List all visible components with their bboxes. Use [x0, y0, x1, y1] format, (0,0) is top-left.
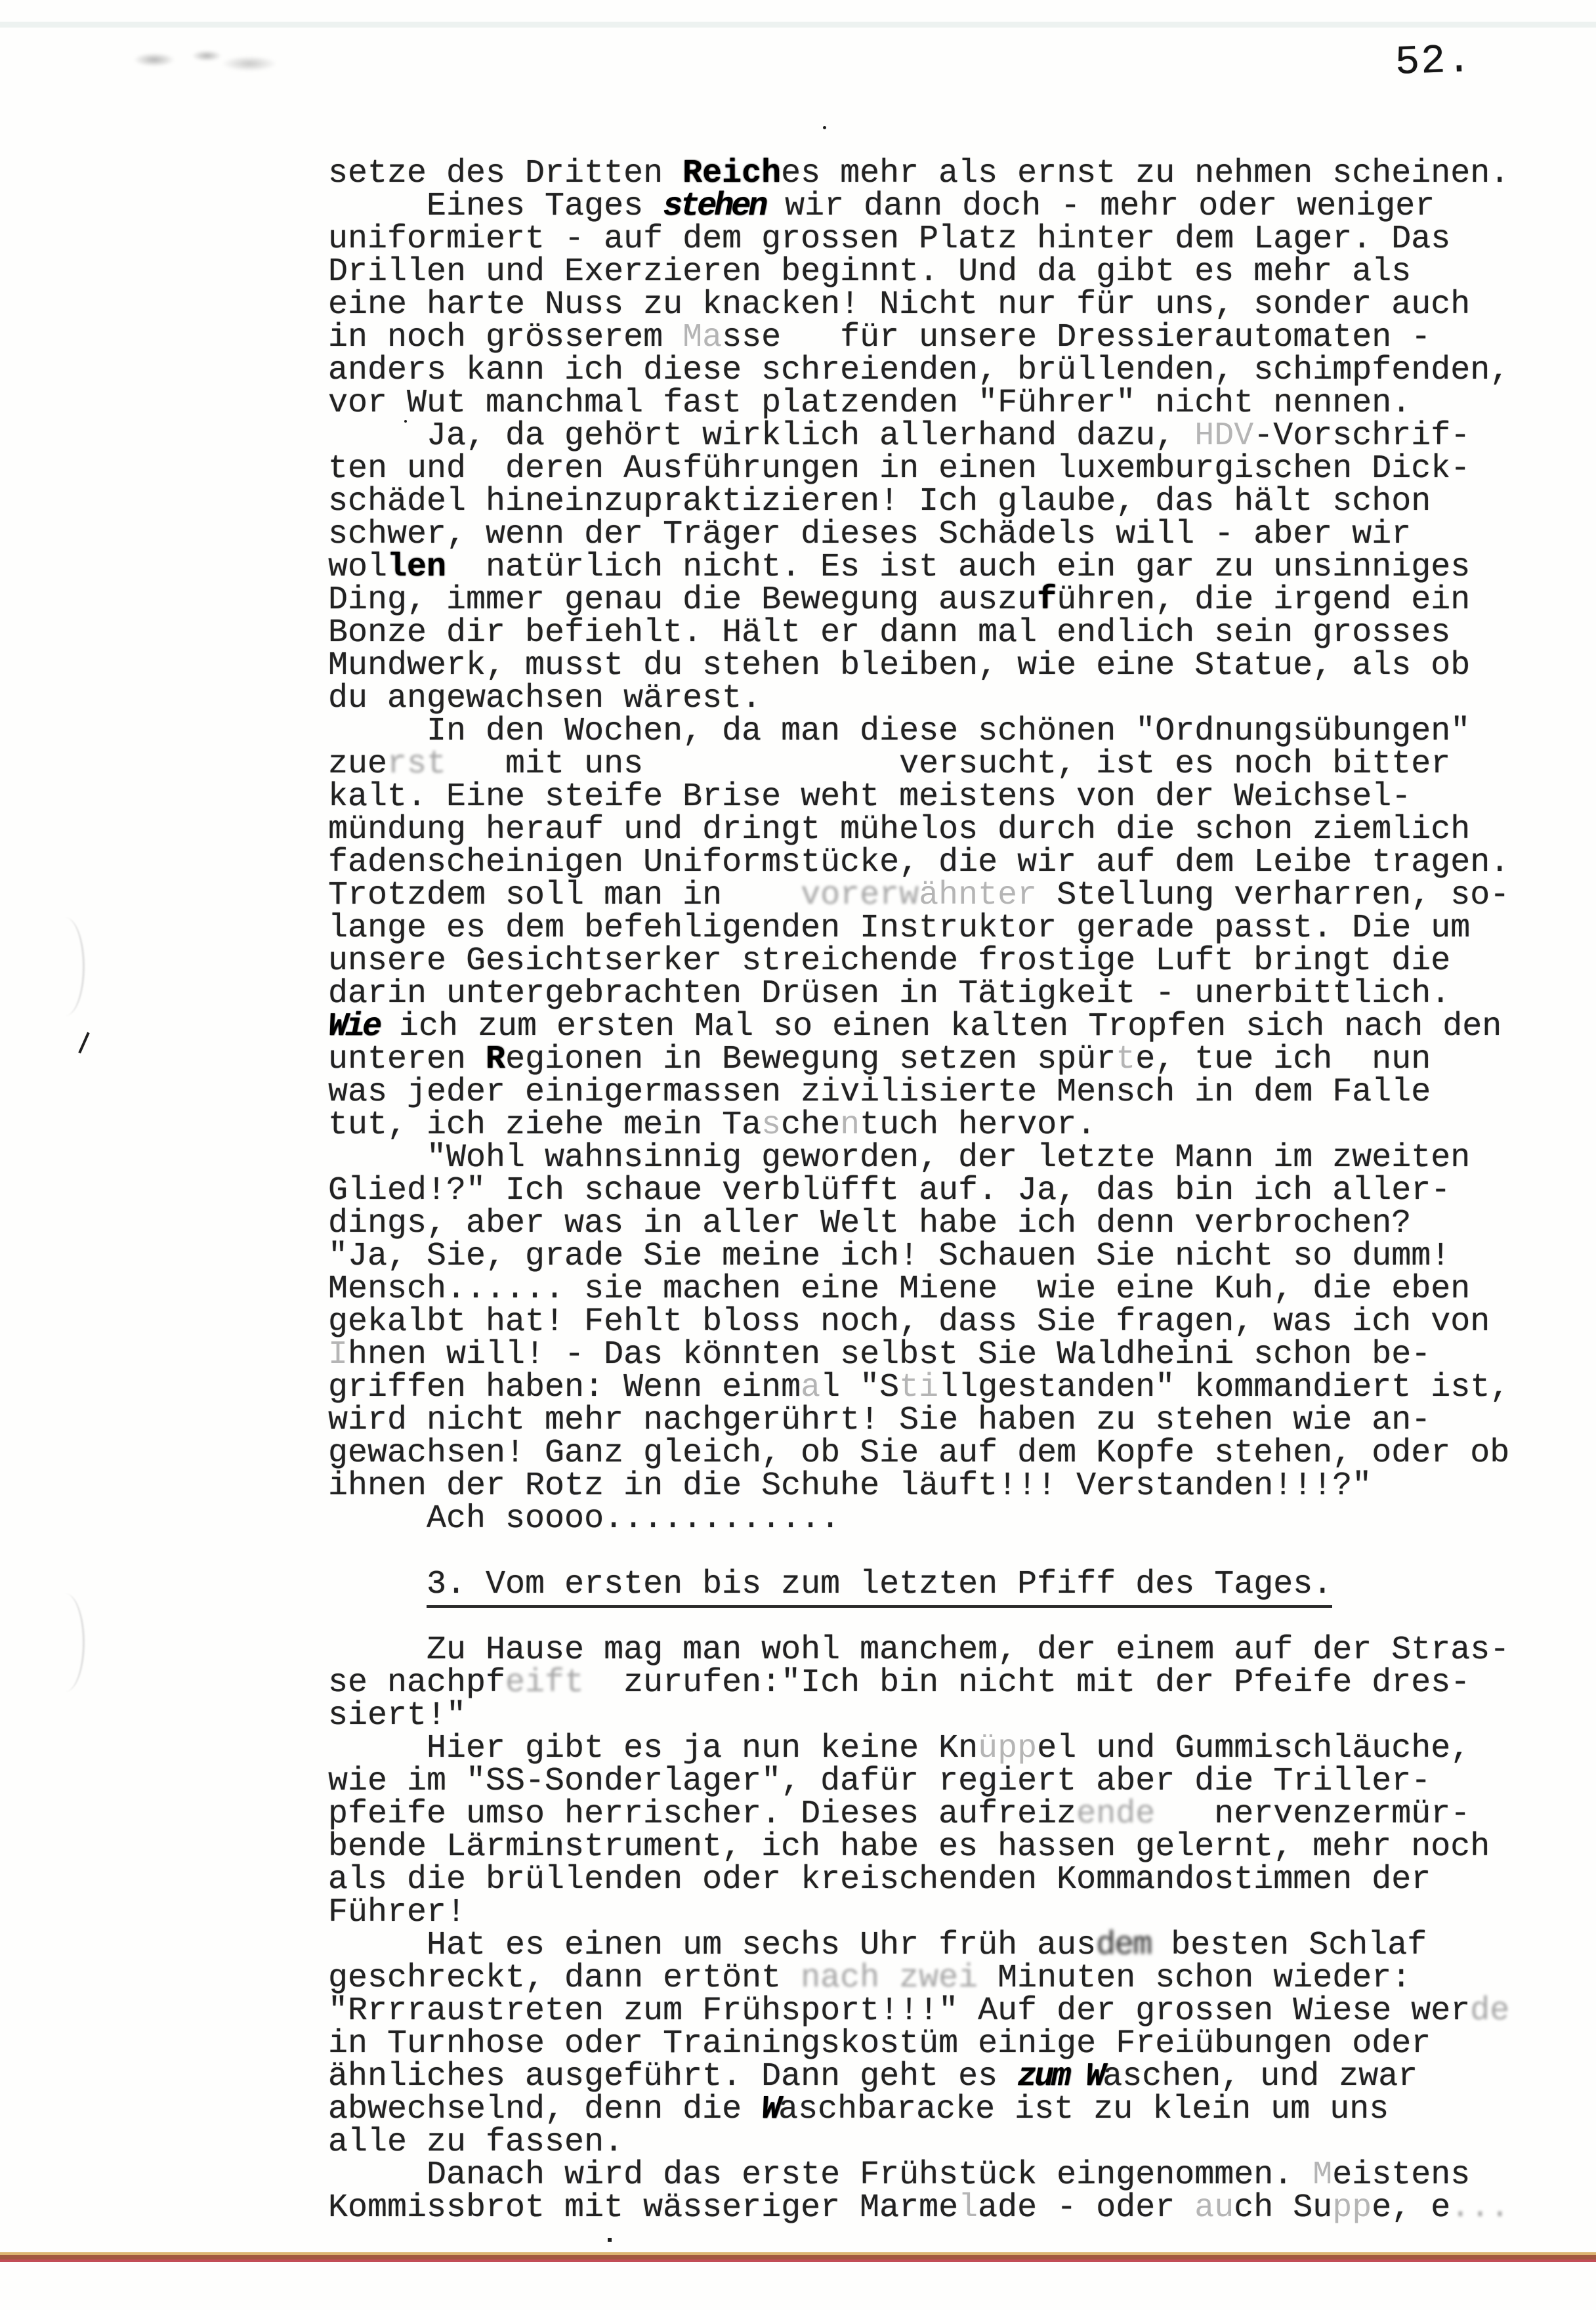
text-segment: W — [761, 2091, 778, 2128]
text-segment: M — [1312, 2156, 1332, 2194]
text-segment: eistens — [1332, 2156, 1470, 2194]
text-line: darin untergebrachten Drüsen in Tätigkei… — [328, 978, 1509, 1011]
text-line: schwer, wenn der Träger dieses Schädels … — [328, 518, 1509, 551]
text-line: Mundwerk, musst du stehen bleiben, wie e… — [328, 650, 1509, 682]
text-segment: nervenzermür- — [1155, 1795, 1470, 1833]
text-segment: stehen — [663, 188, 765, 225]
text-segment: ... — [1450, 2192, 1509, 2225]
text-segment: Hier gibt es ja nun keine Kn — [328, 1730, 978, 1767]
text-line: ten und deren Ausführungen in einen luxe… — [328, 453, 1509, 486]
text-line: alle zu fassen. — [328, 2126, 1509, 2159]
text-segment: R — [486, 1041, 505, 1078]
text-segment: ende — [1076, 1798, 1155, 1831]
text-segment: Mundwerk, musst du stehen bleiben, wie e… — [328, 647, 1470, 684]
text-line: unteren Regionen in Bewegung setzen spür… — [328, 1043, 1509, 1076]
text-segment: Mensch...... sie machen eine Miene wie e… — [328, 1270, 1470, 1308]
text-line: Ihnen will! - Das könnten selbst Sie Wal… — [328, 1339, 1509, 1372]
text-line: schädel hineinzupraktizieren! Ich glaube… — [328, 486, 1509, 518]
ink-speck — [823, 126, 826, 129]
text-line: eine harte Nuss zu knacken! Nicht nur fü… — [328, 289, 1509, 322]
text-line: "Rrrraustreten zum Frühsport!!!" Auf der… — [328, 1995, 1509, 2028]
text-segment: natürlich nicht. Es ist auch ein gar zu … — [446, 549, 1470, 586]
text-segment: ähnliches ausgeführt. Dann geht es — [328, 2058, 1017, 2095]
text-line: vor Wut manchmal fast platzenden "Führer… — [328, 387, 1509, 420]
text-segment: wie im "SS-Sonderlager", dafür regiert a… — [328, 1763, 1431, 1800]
text-segment: ähnter — [919, 877, 1037, 914]
text-line: abwechselnd, denn die Waschbaracke ist z… — [328, 2093, 1509, 2126]
text-segment: Ma — [682, 319, 722, 356]
text-segment: alle zu fassen. — [328, 2124, 623, 2161]
text-line: Wie ich zum ersten Mal so einen kalten T… — [328, 1011, 1509, 1043]
text-segment: Ja, da gehört wirklich allerhand dazu, — [328, 417, 1194, 455]
text-segment: was jeder einigermassen zivilisierte Men… — [328, 1074, 1431, 1111]
text-segment: pp — [1332, 2189, 1372, 2227]
text-line: Glied!?" Ich schaue verblüfft auf. Ja, d… — [328, 1175, 1509, 1207]
text-line: "Ja, Sie, grade Sie meine ich! Schauen S… — [328, 1240, 1509, 1273]
text-segment: vor Wut manchmal fast platzenden "Führer… — [328, 385, 1411, 422]
text-segment: au — [1194, 2189, 1234, 2227]
text-segment: sse für unsere Dressierautomaten - — [722, 319, 1431, 356]
text-line: Ding, immer genau die Bewegung auszuführ… — [328, 584, 1509, 617]
text-line: mündung herauf und dringt mühelos durch … — [328, 814, 1509, 847]
text-segment: I — [328, 1336, 348, 1374]
text-segment: a — [801, 1369, 820, 1406]
text-line: Danach wird das erste Frühstück eingenom… — [328, 2159, 1509, 2192]
text-segment: zum W — [1017, 2058, 1102, 2095]
text-line: gewachsen! Ganz gleich, ob Sie auf dem K… — [328, 1437, 1509, 1470]
text-line: Eines Tages stehen wir dann doch - mehr … — [328, 190, 1509, 223]
text-segment: bende Lärminstrument, ich habe es hassen… — [328, 1828, 1490, 1866]
text-segment: mündung herauf und dringt mühelos durch … — [328, 811, 1470, 849]
text-segment: Reich — [682, 155, 781, 192]
text-segment: ten und deren Ausführungen in einen luxe… — [328, 450, 1470, 488]
text-line: geschreckt, dann ertönt nach zwei Minute… — [328, 1962, 1509, 1995]
text-line: Bonze dir befiehlt. Hält er dann mal end… — [328, 617, 1509, 650]
text-segment: zurufen:"Ich bin nicht mit der Pfeife dr… — [584, 1664, 1470, 1702]
text-segment: el und Gummischläuche, — [1037, 1730, 1470, 1767]
scan-artifact-band — [0, 22, 1596, 28]
text-segment: tuch hervor. — [860, 1106, 1096, 1144]
text-segment: anders kann ich diese schreienden, brüll… — [328, 352, 1509, 389]
text-segment: hnen will! - Das könnten selbst Sie Wald… — [348, 1336, 1431, 1374]
text-segment: llgestanden" kommandiert ist, — [938, 1369, 1509, 1406]
text-segment: len — [387, 549, 446, 586]
text-segment: üpp — [978, 1730, 1037, 1767]
text-segment: e, tue ich nun — [1135, 1041, 1431, 1078]
text-segment: du angewachsen wärest. — [328, 680, 761, 717]
text-segment: lange es dem befehligenden Instruktor ge… — [328, 910, 1470, 947]
text-segment: In den Wochen, da man diese schönen "Ord… — [328, 713, 1470, 750]
section-heading: 3. Vom ersten bis zum letzten Pfiff des … — [427, 1566, 1332, 1608]
text-segment: che — [781, 1106, 840, 1144]
text-segment: Glied!?" Ich schaue verblüfft auf. Ja, d… — [328, 1172, 1450, 1209]
text-segment: dings, aber was in aller Welt habe ich d… — [328, 1205, 1411, 1242]
text-segment: griffen haben: Wenn einm — [328, 1369, 801, 1406]
ink-speck — [404, 420, 407, 423]
text-segment: Minuten schon wieder: — [978, 1960, 1411, 1997]
text-line: "Wohl wahnsinnig geworden, der letzte Ma… — [328, 1142, 1509, 1175]
text-segment: se nachpf — [328, 1664, 505, 1702]
text-segment: t — [1116, 1041, 1135, 1078]
text-segment: ich zum ersten Mal so einen kalten Tropf… — [379, 1008, 1501, 1045]
text-segment: ihnen der Rotz in die Schuhe läuft!!! Ve… — [328, 1467, 1372, 1505]
text-segment: ühren, die irgend ein — [1057, 581, 1470, 619]
text-segment: tut, ich ziehe mein Ta — [328, 1106, 761, 1144]
text-segment: Kommissbrot mit wässeriger Marme — [328, 2189, 958, 2227]
text-segment: "Rrrraustreten zum Frühsport!!!" Auf der… — [328, 1992, 1470, 2030]
text-segment: Trotzdem soll man in — [328, 877, 801, 914]
text-segment: ti — [899, 1369, 938, 1406]
text-segment: Drillen und Exerzieren beginnt. Und da g… — [328, 253, 1411, 291]
text-segment: ade - oder — [978, 2189, 1194, 2227]
text-line: griffen haben: Wenn einmal "Stillgestand… — [328, 1372, 1509, 1404]
text-segment: Ding, immer genau die Bewegung auszu — [328, 581, 1037, 619]
text-line: anders kann ich diese schreienden, brüll… — [328, 354, 1509, 387]
text-line: Hat es einen um sechs Uhr früh ausdem be… — [328, 1929, 1509, 1962]
text-line: tut, ich ziehe mein Taschentuch hervor. — [328, 1109, 1509, 1142]
text-line: Mensch...... sie machen eine Miene wie e… — [328, 1273, 1509, 1306]
text-line: in noch grösserem Masse für unsere Dress… — [328, 322, 1509, 354]
text-segment: Ach soooo............ — [328, 1500, 840, 1538]
text-segment: als die brüllenden oder kreischenden Kom… — [328, 1861, 1431, 1899]
text-line: gekalbt hat! Fehlt bloss noch, dass Sie … — [328, 1306, 1509, 1339]
text-segment: kalt. Eine steife Brise weht meistens vo… — [328, 778, 1411, 816]
text-line: wird nicht mehr nachgerührt! Sie haben z… — [328, 1404, 1509, 1437]
text-segment: ch Su — [1234, 2189, 1332, 2227]
text-segment: mit uns versucht, ist es noch bitter — [446, 745, 1450, 783]
text-line: Trotzdem soll man in vorerwähnter Stellu… — [328, 879, 1509, 912]
text-line: zuerst mit uns versucht, ist es noch bit… — [328, 748, 1509, 781]
text-segment: s — [761, 1106, 781, 1144]
text-segment: zue — [328, 745, 387, 783]
text-segment: eine harte Nuss zu knacken! Nicht nur fü… — [328, 286, 1470, 324]
text-line: Zu Hause mag man wohl manchem, der einem… — [328, 1634, 1509, 1667]
text-segment: nach zwei — [801, 1962, 978, 1995]
text-line: was jeder einigermassen zivilisierte Men… — [328, 1076, 1509, 1109]
text-segment: Bonze dir befiehlt. Hält er dann mal end… — [328, 614, 1450, 652]
text-line: Hier gibt es ja nun keine Knüppel und Gu… — [328, 1732, 1509, 1765]
text-line: bende Lärminstrument, ich habe es hassen… — [328, 1831, 1509, 1864]
margin-arc-artifact-top — [46, 917, 85, 1016]
text-segment: schwer, wenn der Träger dieses Schädels … — [328, 516, 1411, 553]
text-segment: l — [958, 2189, 978, 2227]
text-segment: fadenscheinigen Uniformstücke, die wir a… — [328, 844, 1509, 881]
text-segment: Danach wird das erste Frühstück eingenom… — [328, 2156, 1312, 2194]
text-segment: e, e — [1372, 2189, 1450, 2227]
text-segment: eift — [505, 1667, 584, 1700]
text-segment: n — [840, 1106, 860, 1144]
text-segment: es mehr als ernst zu nehmen scheinen. — [781, 155, 1509, 192]
text-segment: geschreckt, dann ertönt — [328, 1960, 801, 1997]
text-segment: aschen, und zwar — [1102, 2058, 1417, 2095]
text-line: als die brüllenden oder kreischenden Kom… — [328, 1864, 1509, 1897]
scanned-document-page: 52. setze des Dritten Reiches mehr als e… — [0, 0, 1596, 2310]
text-line: setze des Dritten Reiches mehr als ernst… — [328, 157, 1509, 190]
text-block: setze des Dritten Reiches mehr als ernst… — [328, 157, 1509, 2225]
text-segment: in noch grösserem — [328, 319, 682, 356]
text-segment: in Turnhose oder Trainingskostüm einige … — [328, 2025, 1431, 2063]
text-segment: Wie — [328, 1008, 379, 1045]
text-line: fadenscheinigen Uniformstücke, die wir a… — [328, 847, 1509, 879]
text-line: wie im "SS-Sonderlager", dafür regiert a… — [328, 1765, 1509, 1798]
text-segment: abwechselnd, denn die — [328, 2091, 761, 2128]
text-segment: HDV — [1194, 417, 1253, 455]
text-segment: schädel hineinzupraktizieren! Ich glaube… — [328, 483, 1431, 520]
text-segment: Stellung verharren, so- — [1037, 877, 1509, 914]
text-segment — [328, 1566, 427, 1603]
text-segment: Zu Hause mag man wohl manchem, der einem… — [328, 1631, 1509, 1669]
text-line: uniformiert - auf dem grossen Platz hint… — [328, 223, 1509, 256]
text-line: Führer! — [328, 1897, 1509, 1929]
text-segment: vorerw — [801, 879, 919, 912]
text-line: siert!" — [328, 1700, 1509, 1732]
text-segment: unteren — [328, 1041, 486, 1078]
text-segment: pfeife umso herrischer. Dieses aufreiz — [328, 1795, 1076, 1833]
text-segment: besten Schlaf — [1151, 1927, 1427, 1964]
text-line: Ja, da gehört wirklich allerhand dazu, H… — [328, 420, 1509, 453]
text-segment: -Vorschrif- — [1253, 417, 1470, 455]
text-line: Ach soooo............ — [328, 1503, 1509, 1536]
margin-arc-artifact-bottom — [46, 1593, 85, 1692]
text-line: ihnen der Rotz in die Schuhe läuft!!! Ve… — [328, 1470, 1509, 1503]
text-segment: darin untergebrachten Drüsen in Tätigkei… — [328, 975, 1450, 1013]
text-line: se nachpfeift zurufen:"Ich bin nicht mit… — [328, 1667, 1509, 1700]
text-segment: gewachsen! Ganz gleich, ob Sie auf dem K… — [328, 1435, 1509, 1472]
text-line: wollen natürlich nicht. Es ist auch ein … — [328, 551, 1509, 584]
pencil-smudge — [118, 45, 289, 73]
text-line: 3. Vom ersten bis zum letzten Pfiff des … — [328, 1568, 1509, 1601]
text-line: kalt. Eine steife Brise weht meistens vo… — [328, 781, 1509, 814]
text-segment: wol — [328, 549, 387, 586]
text-line: In den Wochen, da man diese schönen "Ord… — [328, 715, 1509, 748]
text-segment: wir dann doch - mehr oder weniger — [765, 188, 1435, 225]
text-line — [328, 1536, 1509, 1568]
text-segment: Hat es einen um sechs Uhr früh aus — [328, 1927, 1096, 1964]
text-segment: de — [1470, 1995, 1509, 2028]
text-line: Drillen und Exerzieren beginnt. Und da g… — [328, 256, 1509, 289]
text-segment: unsere Gesichtserker streichende frostig… — [328, 942, 1450, 980]
text-segment: egionen in Bewegung setzen spür — [505, 1041, 1116, 1078]
scan-edge-stripe — [0, 2252, 1596, 2262]
text-segment: aschbaracke ist zu klein um uns — [778, 2091, 1389, 2128]
text-line: Kommissbrot mit wässeriger Marmelade - o… — [328, 2192, 1509, 2225]
text-line: ähnliches ausgeführt. Dann geht es zum W… — [328, 2061, 1509, 2093]
text-line: unsere Gesichtserker streichende frostig… — [328, 945, 1509, 978]
text-line: in Turnhose oder Trainingskostüm einige … — [328, 2028, 1509, 2061]
text-line: pfeife umso herrischer. Dieses aufreizen… — [328, 1798, 1509, 1831]
text-segment: gekalbt hat! Fehlt bloss noch, dass Sie … — [328, 1303, 1490, 1341]
text-line: du angewachsen wärest. — [328, 682, 1509, 715]
ink-speck — [78, 1032, 89, 1054]
text-segment: uniformiert - auf dem grossen Platz hint… — [328, 220, 1450, 258]
text-segment: rst — [387, 748, 446, 781]
text-segment: setze des Dritten — [328, 155, 682, 192]
text-segment: wird nicht mehr nachgerührt! Sie haben z… — [328, 1402, 1431, 1439]
text-segment: "Wohl wahnsinnig geworden, der letzte Ma… — [328, 1139, 1470, 1177]
text-segment: Eines Tages — [328, 188, 663, 225]
text-line: dings, aber was in aller Welt habe ich d… — [328, 1207, 1509, 1240]
text-segment: "Ja, Sie, grade Sie meine ich! Schauen S… — [328, 1238, 1450, 1275]
text-segment: Führer! — [328, 1894, 466, 1931]
page-number: 52. — [1395, 37, 1473, 86]
text-line: lange es dem befehligenden Instruktor ge… — [328, 912, 1509, 945]
text-segment: siert!" — [328, 1697, 466, 1734]
text-segment: f — [1037, 581, 1057, 619]
text-segment: l "S — [820, 1369, 899, 1406]
text-segment: dem — [1096, 1929, 1151, 1962]
ink-speck — [608, 2238, 612, 2242]
